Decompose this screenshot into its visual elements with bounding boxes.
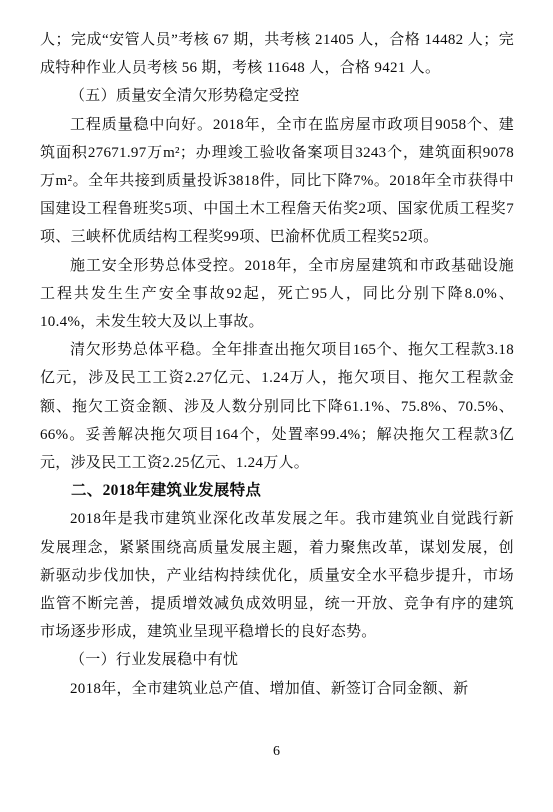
section-heading-one: （一）行业发展稳中有忧 xyxy=(40,646,514,674)
paragraph-industry-totals: 2018年，全市建筑业总产值、增加值、新签订合同金额、新 xyxy=(40,675,514,703)
paragraph-project-quality: 工程质量稳中向好。2018年，全市在监房屋市政项目9058个、建筑面积27671… xyxy=(40,111,514,252)
paragraph-lead-phrase: 工程质量稳中向好。 xyxy=(70,117,213,133)
document-body: 人；完成“安管人员”考核 67 期，共考核 21405 人，合格 14482 人… xyxy=(40,26,514,703)
paragraph-assessment-continuation: 人；完成“安管人员”考核 67 期，共考核 21405 人，合格 14482 人… xyxy=(40,26,514,82)
paragraph-construction-safety: 施工安全形势总体受控。2018年，全市房屋建筑和市政基础设施工程共发生生产安全事… xyxy=(40,252,514,337)
paragraph-arrears-clearance: 清欠形势总体平稳。全年排查出拖欠项目165个、拖欠工程款3.18亿元，涉及民工工… xyxy=(40,336,514,477)
document-page: 人；完成“安管人员”考核 67 期，共考核 21405 人，合格 14482 人… xyxy=(0,0,553,812)
paragraph-lead-phrase: 施工安全形势总体受控。 xyxy=(70,258,245,274)
paragraph-lead-phrase: 清欠形势总体平稳。 xyxy=(70,342,211,358)
chapter-heading-two: 二、2018年建筑业发展特点 xyxy=(40,477,514,505)
page-number: 6 xyxy=(0,743,553,761)
section-heading-five: （五）质量安全清欠形势稳定受控 xyxy=(40,82,514,110)
paragraph-development-overview: 2018年是我市建筑业深化改革发展之年。我市建筑业自觉践行新发展理念，紧紧围绕高… xyxy=(40,505,514,646)
